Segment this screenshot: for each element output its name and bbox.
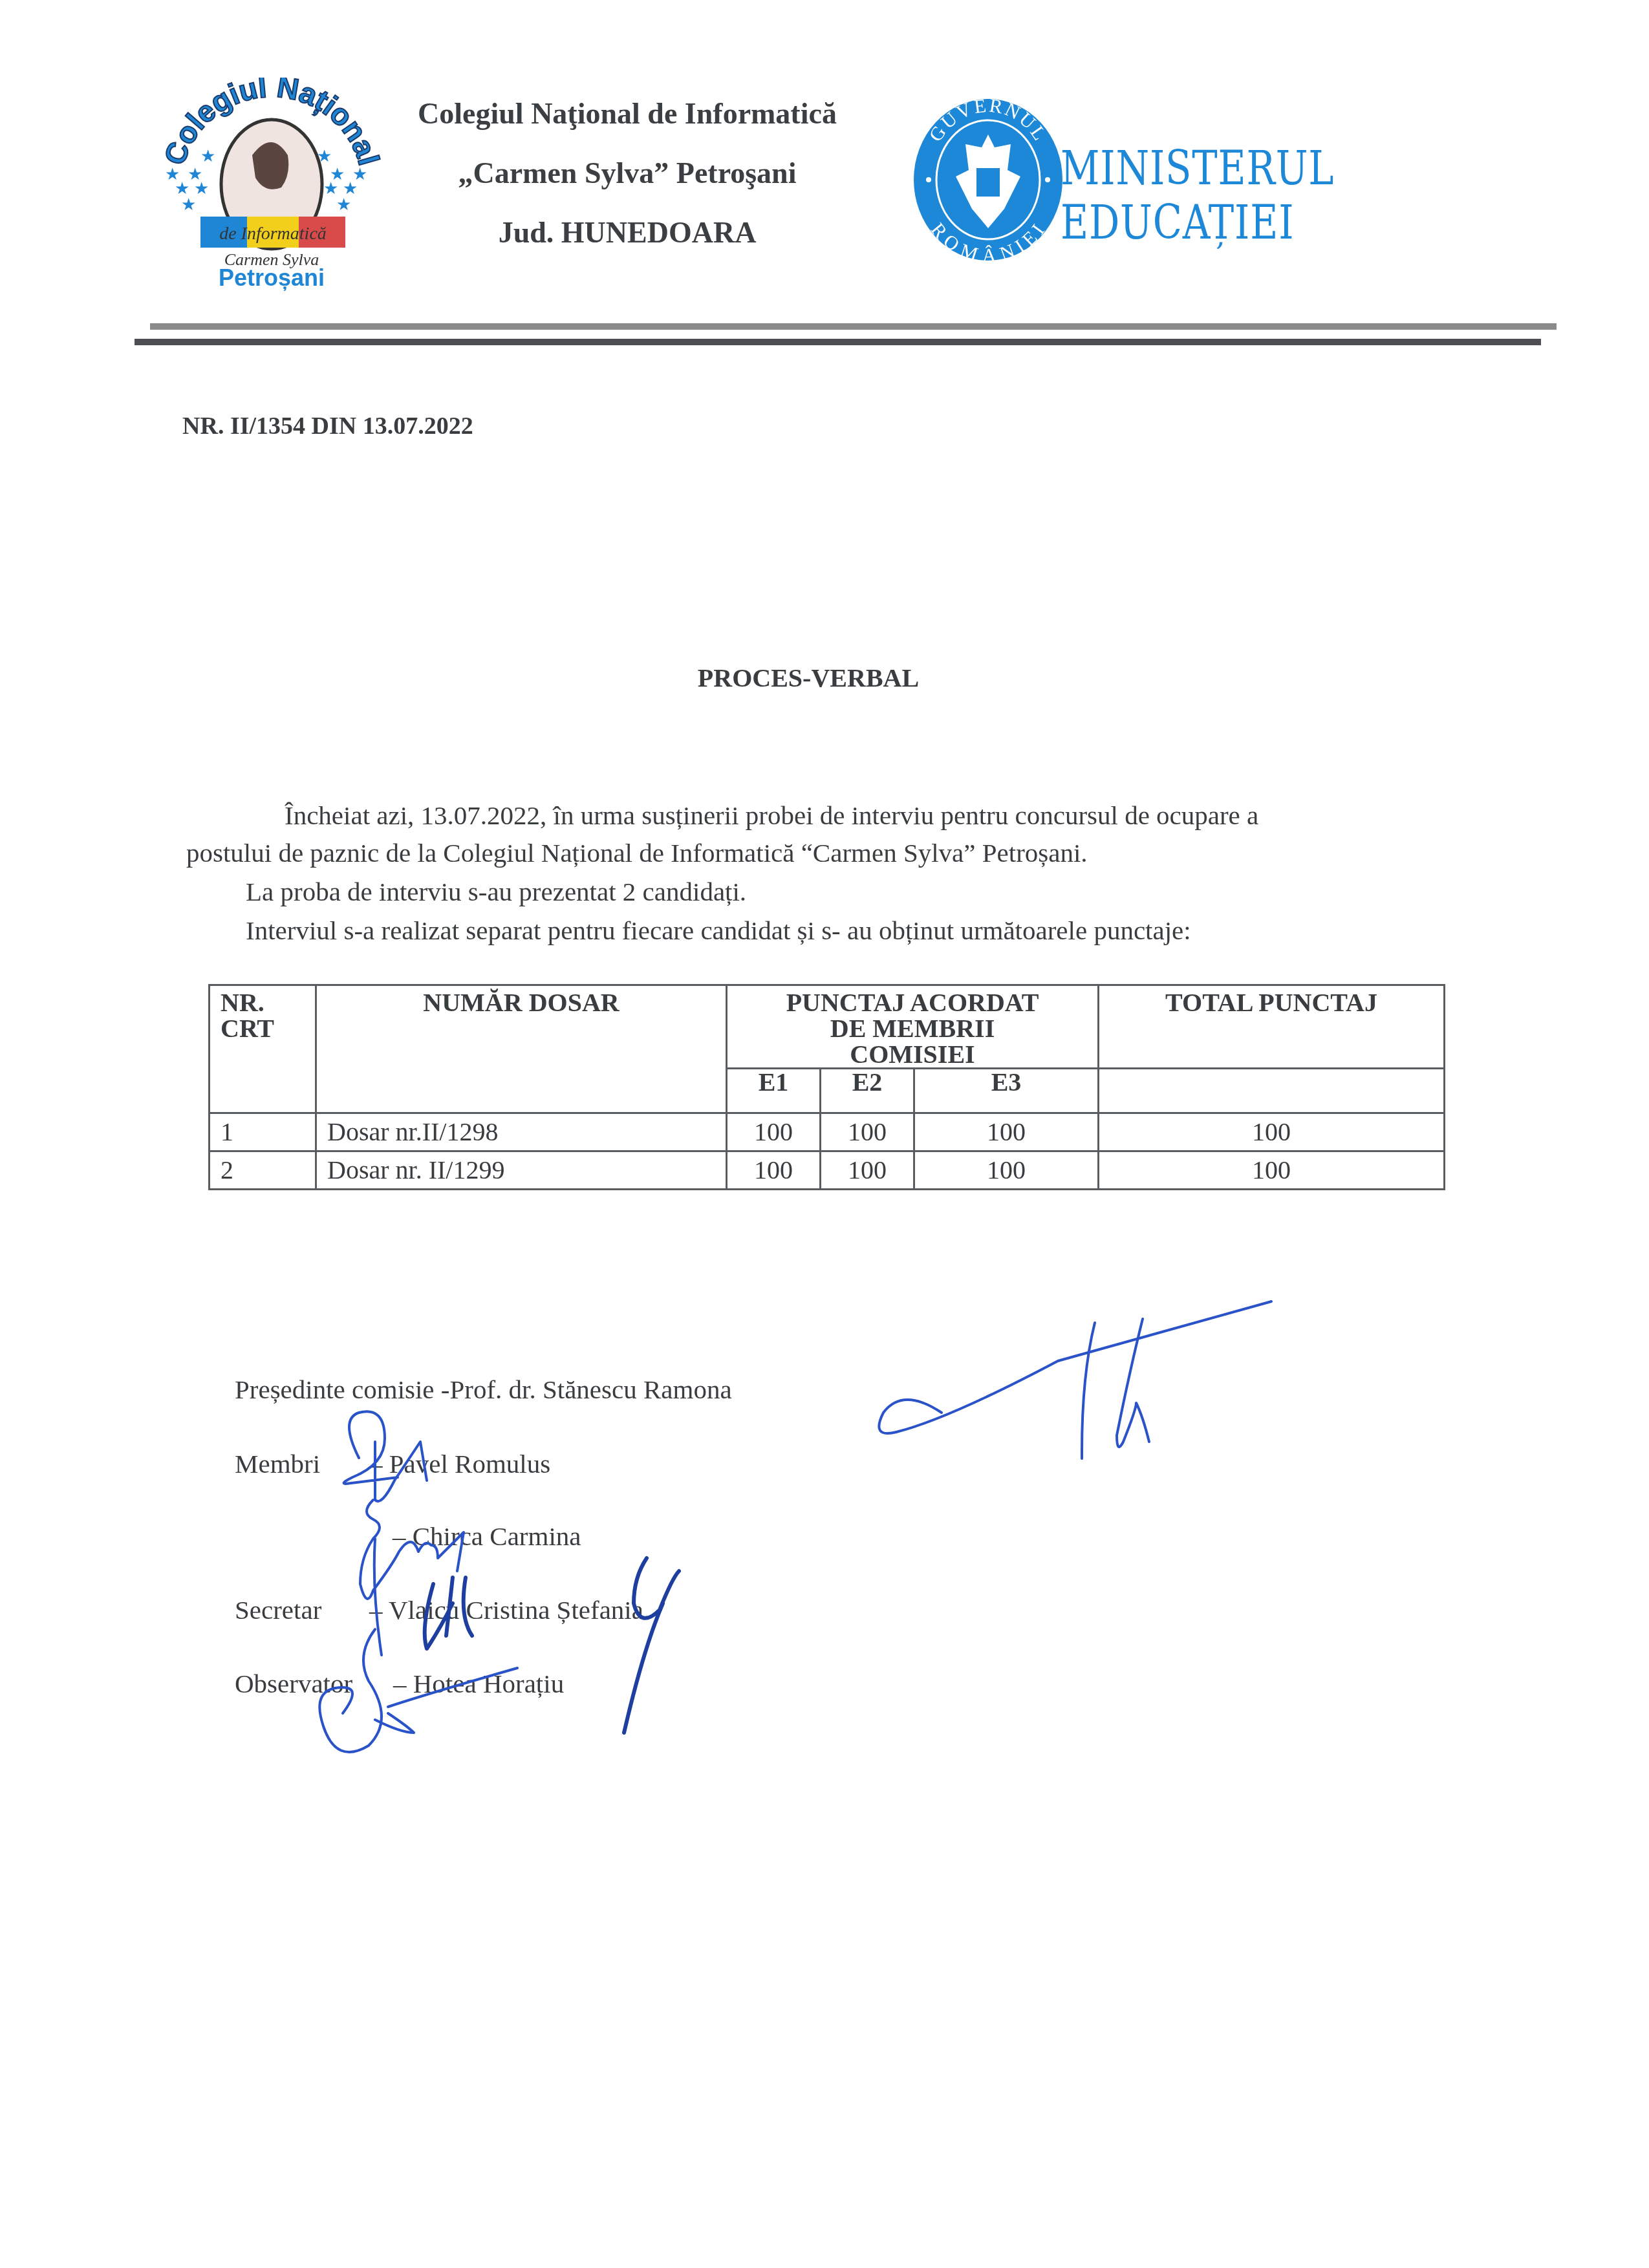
signatory-member-2: – Chirca Carmina [235, 1521, 581, 1552]
paragraph-intro: Încheiat azi, 13.07.2022, în urma susțin… [285, 800, 1258, 831]
school-crest-icon: Colegiul Național ★★★ ★★★ ★★★ ★★★ de Inf… [155, 78, 388, 291]
header-punctaj-line2: DE MEMBRII [738, 1016, 1087, 1042]
signature-secretary-icon [425, 1558, 679, 1733]
signature-president-icon [879, 1301, 1271, 1459]
header-numar-dosar: NUMĂR DOSAR [316, 985, 727, 1113]
cell-nr: 1 [210, 1113, 316, 1151]
signatory-president: Președinte comisie - Prof. dr. Stănescu … [235, 1374, 732, 1405]
header-total-punctaj: TOTAL PUNCTAJ [1099, 985, 1445, 1069]
header-nr-label: NR. [221, 990, 305, 1016]
cell-total: 100 [1099, 1151, 1445, 1190]
header-punctaj-line3: COMISIEI [738, 1042, 1087, 1067]
cell-total: 100 [1099, 1113, 1445, 1151]
registration-number: NR. II/1354 DIN 13.07.2022 [182, 412, 473, 440]
svg-text:★: ★ [181, 195, 196, 215]
table-row: 2 Dosar nr. II/1299 100 100 100 100 [210, 1151, 1445, 1190]
header-divider-top [150, 323, 1557, 330]
svg-text:★: ★ [194, 179, 209, 198]
table-header-row: NR. CRT NUMĂR DOSAR PUNCTAJ ACORDAT DE M… [210, 985, 1445, 1069]
scores-table: NR. CRT NUMĂR DOSAR PUNCTAJ ACORDAT DE M… [208, 984, 1445, 1190]
paragraph-scores-intro: Interviul s-a realizat separat pentru fi… [246, 915, 1191, 946]
signatory-role: Observator [235, 1668, 393, 1699]
signatory-role: Președinte comisie - [235, 1374, 449, 1405]
cell-dosar: Dosar nr. II/1299 [316, 1151, 727, 1190]
signatory-member-1: Membri– Pavel Romulus [235, 1448, 550, 1479]
school-subname: „Carmen Sylva” Petroşani [362, 144, 892, 203]
signatory-role: Secretar [235, 1594, 369, 1625]
header-punctaj: PUNCTAJ ACORDAT DE MEMBRII COMISIEI [727, 985, 1099, 1069]
cell-dosar: Dosar nr.II/1298 [316, 1113, 727, 1151]
document-title: PROCES-VERBAL [0, 663, 1617, 693]
header-divider-bottom [135, 339, 1541, 345]
school-name: Colegiul Naţional de Informatică [362, 84, 892, 144]
header-crt-label: CRT [221, 1016, 305, 1042]
cell-nr: 2 [210, 1151, 316, 1190]
signatory-name: – Pavel Romulus [369, 1449, 550, 1479]
table-row: 1 Dosar nr.II/1298 100 100 100 100 [210, 1113, 1445, 1151]
cell-e3: 100 [914, 1151, 1099, 1190]
cell-e1: 100 [727, 1113, 821, 1151]
ministry-name: MINISTERUL EDUCAȚIEI [1061, 141, 1543, 250]
signatory-name: – Chirca Carmina [393, 1521, 581, 1551]
header-e3: E3 [914, 1069, 1099, 1113]
svg-text:★: ★ [336, 195, 351, 215]
government-seal: GUVERNUL ROMÂNIEI [911, 96, 1066, 264]
school-logo: Colegiul Național ★★★ ★★★ ★★★ ★★★ de Inf… [155, 78, 388, 291]
header-punctaj-line1: PUNCTAJ ACORDAT [738, 990, 1087, 1016]
header-nr-crt: NR. CRT [210, 985, 316, 1113]
signatory-name: Prof. dr. Stănescu Ramona [449, 1375, 731, 1404]
header-e1: E1 [727, 1069, 821, 1113]
signatory-observer: Observator– Hotea Horațiu [235, 1668, 564, 1699]
svg-text:de Informatică: de Informatică [219, 224, 327, 244]
romanian-coat-of-arms-icon: GUVERNUL ROMÂNIEI [911, 96, 1066, 264]
cell-e1: 100 [727, 1151, 821, 1190]
school-name-block: Colegiul Naţional de Informatică „Carmen… [362, 84, 892, 262]
svg-text:Petroșani: Petroșani [219, 264, 325, 291]
paragraph-candidates: La proba de interviu s-au prezentat 2 ca… [246, 876, 746, 907]
signatory-name: – Vlaicu Cristina Ștefania [369, 1595, 643, 1625]
cell-e2: 100 [821, 1151, 914, 1190]
header-e2: E2 [821, 1069, 914, 1113]
header-total-empty [1099, 1069, 1445, 1113]
school-county: Jud. HUNEDOARA [362, 203, 892, 262]
signatory-secretary: Secretar– Vlaicu Cristina Ștefania [235, 1594, 643, 1625]
svg-text:★: ★ [200, 147, 215, 166]
cell-e3: 100 [914, 1113, 1099, 1151]
svg-text:★: ★ [317, 147, 332, 166]
signatory-name: – Hotea Horațiu [393, 1669, 564, 1698]
signatory-role: Membri [235, 1448, 369, 1479]
paragraph-intro-cont: postului de paznic de la Colegiul Națion… [186, 837, 1088, 868]
cell-e2: 100 [821, 1113, 914, 1151]
